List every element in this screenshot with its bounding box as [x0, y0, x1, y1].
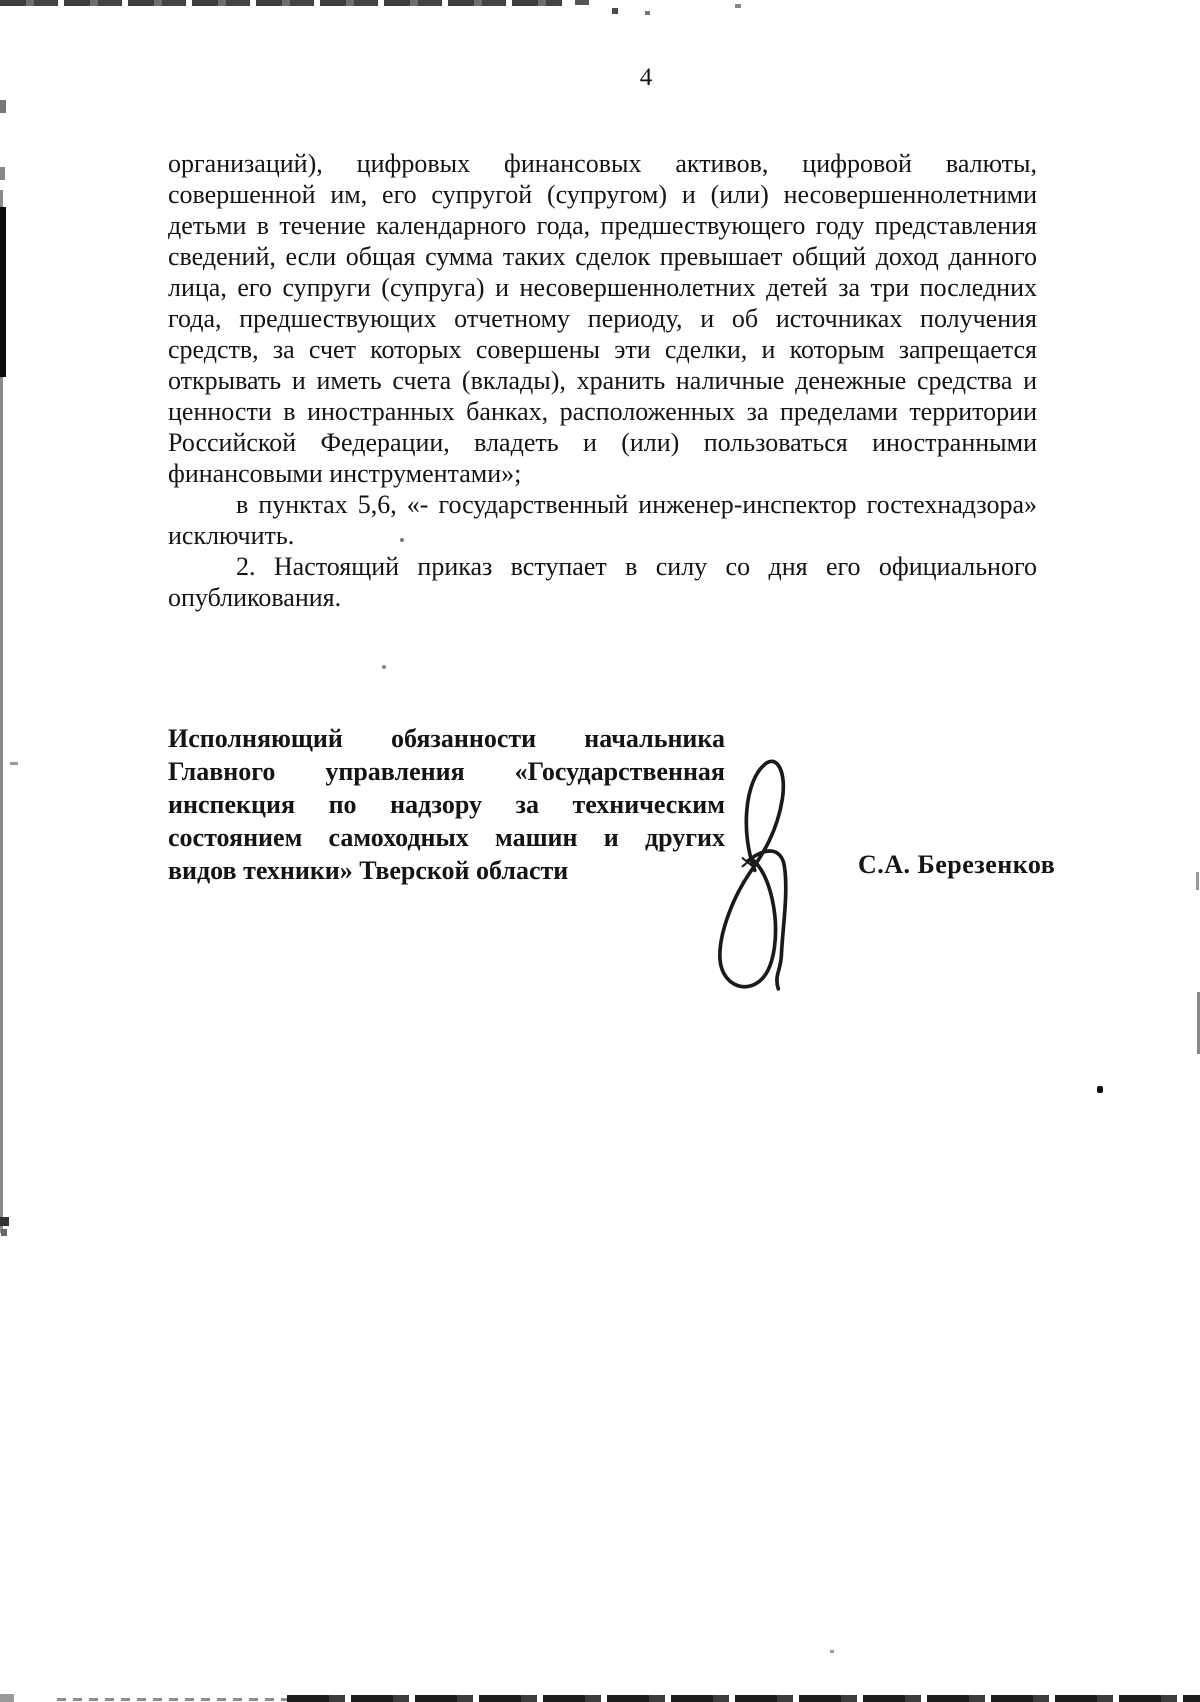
scan-speck: [1097, 1086, 1103, 1093]
signer-name: С.А. Березенков: [858, 850, 1055, 880]
body-line: открывать и иметь счета (вклады), хранит…: [168, 365, 1037, 396]
scan-speck: [10, 762, 18, 765]
scan-speck: [575, 0, 589, 5]
scan-artifact-bottom-dots: [57, 1698, 287, 1701]
body-line: финансовыми инструментами»;: [168, 458, 1037, 489]
signature-title-line: видов техники» Тверской области: [168, 854, 725, 887]
body-line: организаций), цифровых финансовых активо…: [168, 148, 1037, 179]
document-page: 4 организаций), цифровых финансовых акти…: [0, 0, 1200, 1702]
body-line: детьми в течение календарного года, пред…: [168, 210, 1037, 241]
signature-title-line: инспекция по надзору за техническим: [168, 788, 725, 821]
scan-speck: [1, 1229, 7, 1236]
document-body: организаций), цифровых финансовых активо…: [168, 148, 1037, 613]
body-line: Российской Федерации, владеть и (или) по…: [168, 427, 1037, 458]
scan-speck: [382, 665, 386, 669]
scan-speck: [0, 100, 6, 113]
scan-speck: [0, 167, 5, 180]
scan-artifact-top-bar: [0, 0, 562, 6]
signature-title-line: Исполняющий обязанности начальника: [168, 722, 725, 755]
body-line: опубликования.: [168, 582, 1037, 613]
scan-speck: [0, 1217, 9, 1226]
body-line: сведений, если общая сумма таких сделок …: [168, 241, 1037, 272]
body-line: года, предшествующих отчетному периоду, …: [168, 303, 1037, 334]
body-line: 2. Настоящий приказ вступает в силу со д…: [168, 551, 1037, 582]
scan-speck: [1196, 872, 1199, 890]
scan-artifact-bottom-bar: [287, 1695, 1200, 1702]
scan-artifact-left-black-bar: [0, 207, 6, 377]
scan-speck: [645, 11, 650, 15]
body-line: лица, его супруги (супруга) и несовершен…: [168, 272, 1037, 303]
scan-speck: [612, 8, 618, 14]
body-line: в пунктах 5,6, «- государственный инжене…: [168, 489, 1037, 520]
page-number: 4: [601, 64, 691, 92]
scan-speck: [735, 4, 741, 8]
handwritten-signature-icon: [710, 756, 820, 996]
body-line: ценности в иностранных банках, расположе…: [168, 396, 1037, 427]
signature-title-block: Исполняющий обязанности начальника Главн…: [168, 722, 725, 887]
body-line: средств, за счет которых совершены эти с…: [168, 334, 1037, 365]
body-line: совершенной им, его супругой (супругом) …: [168, 179, 1037, 210]
scan-speck: [0, 1694, 14, 1702]
signature-title-line: состоянием самоходных машин и других: [168, 821, 725, 854]
signature-title-line: Главного управления «Государственная: [168, 755, 725, 788]
body-line: исключить.: [168, 520, 1037, 551]
scan-speck: [830, 1650, 834, 1653]
